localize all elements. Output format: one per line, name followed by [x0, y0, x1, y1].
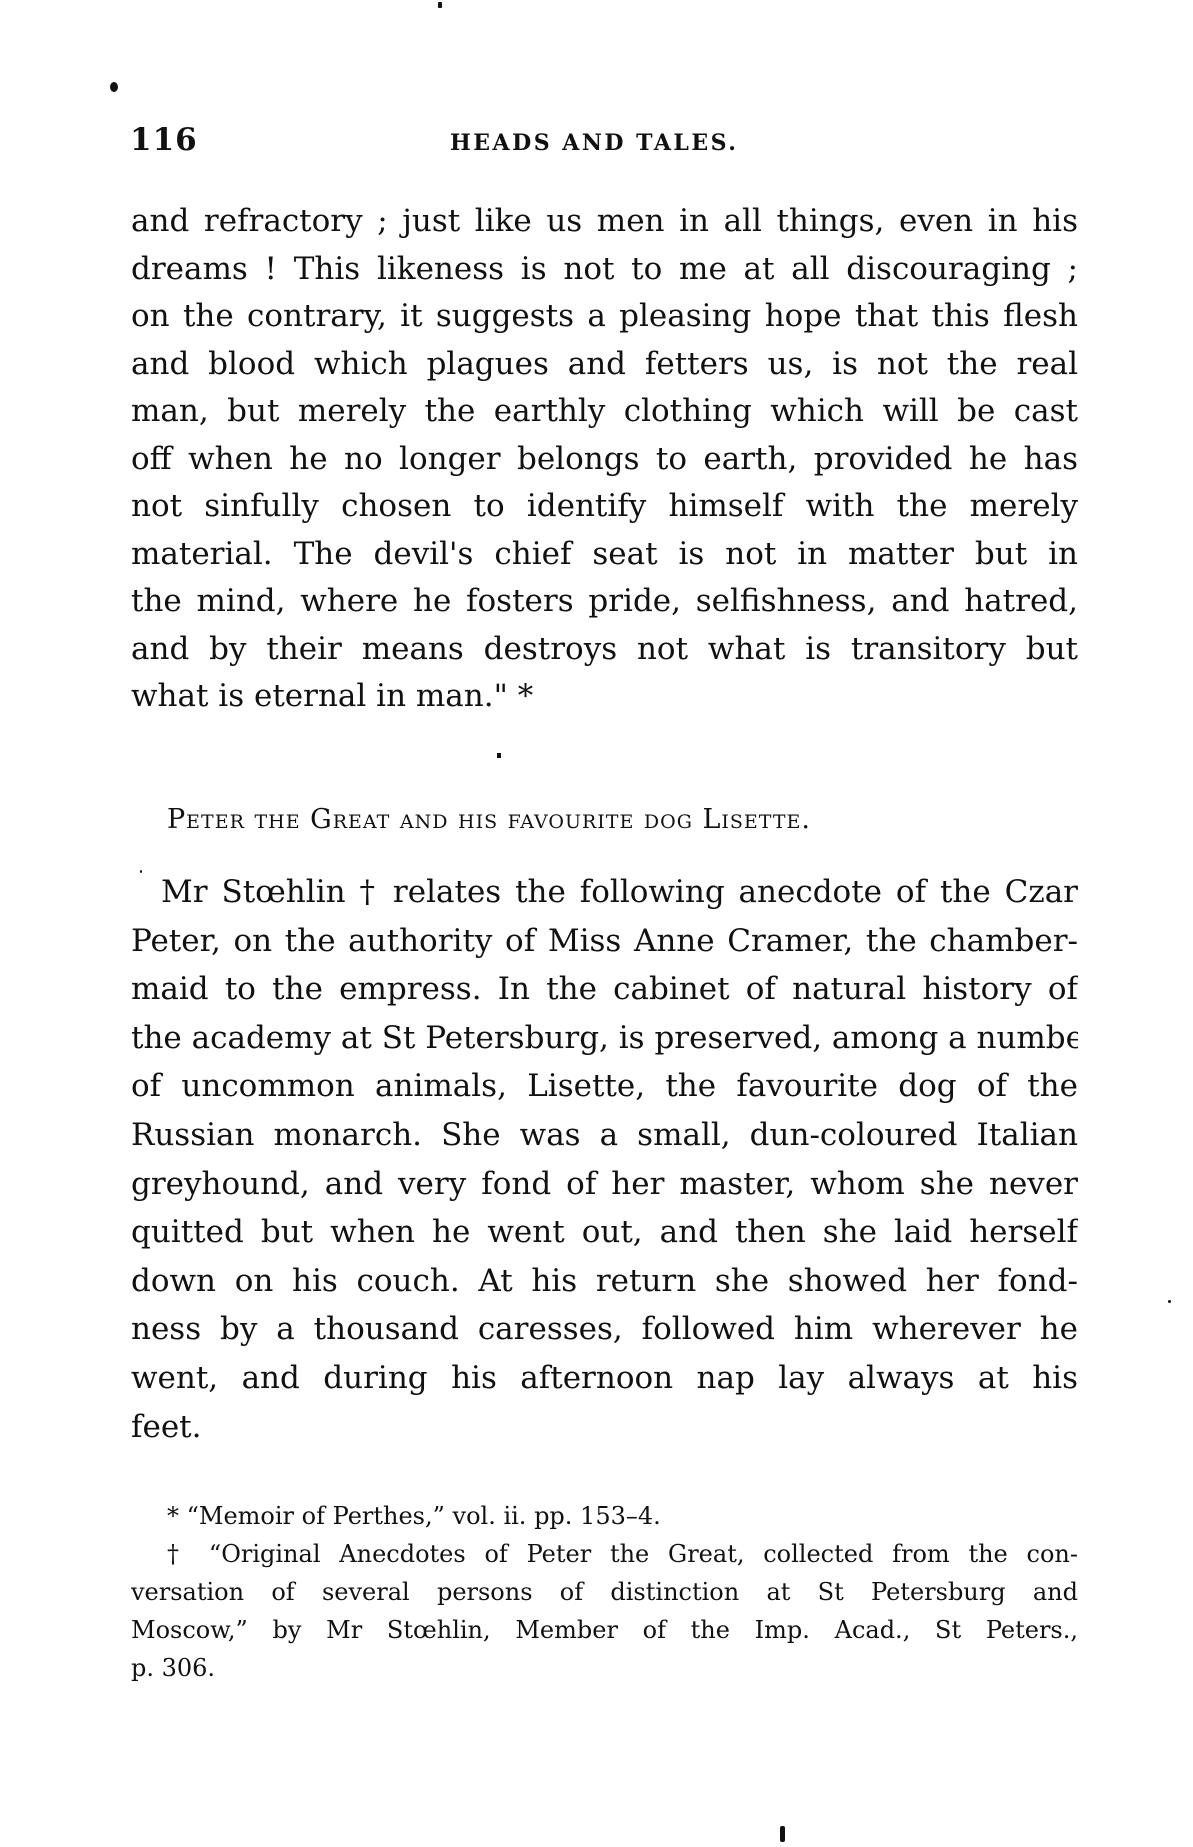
footnotes: * “Memoir of Perthes,” vol. ii. pp. 153–…: [131, 1497, 1078, 1687]
text-line: greyhound, and very fond of her master, …: [131, 1160, 1078, 1209]
text-line: Russian monarch. She was a small, dun-co…: [131, 1111, 1078, 1160]
paragraph-anecdote: Mr Stœhlin † relates the following anecd…: [131, 868, 1078, 1451]
footnote-dagger: † “Original Anecdotes of Peter the Great…: [131, 1535, 1078, 1573]
paragraph-continued: and refractory ; just like us men in all…: [131, 198, 1078, 721]
footnote-dagger-cont: versation of several persons of distinct…: [131, 1573, 1078, 1611]
text-line: material. The devil's chief seat is not …: [131, 531, 1078, 579]
section-separator-dot: [497, 753, 501, 758]
text-line: off when he no longer belongs to earth, …: [131, 436, 1078, 484]
text-line: went, and during his afternoon nap lay a…: [131, 1354, 1078, 1403]
text-line: ness by a thousand caresses, followed hi…: [131, 1305, 1078, 1354]
section-heading: Peter the Great and his favourite dog Li…: [167, 800, 1037, 840]
text-line: on the contrary, it suggests a pleasing …: [131, 293, 1078, 341]
scan-speck-left: [110, 82, 118, 92]
text-line: what is eternal in man." *: [131, 673, 1078, 721]
text-line: of uncommon animals, Lisette, the favour…: [131, 1062, 1078, 1111]
scan-speck-right: [1168, 1300, 1171, 1303]
text-line: feet.: [131, 1403, 1078, 1452]
text-line: and refractory ; just like us men in all…: [131, 198, 1078, 246]
text-line: quitted but when he went out, and then s…: [131, 1208, 1078, 1257]
footnote-asterisk: * “Memoir of Perthes,” vol. ii. pp. 153–…: [131, 1497, 1078, 1535]
footnote-dagger-cont: Moscow,” by Mr Stœhlin, Member of the Im…: [131, 1611, 1078, 1649]
text-line: Mr Stœhlin † relates the following anecd…: [131, 868, 1078, 917]
text-line: man, but merely the earthly clothing whi…: [131, 388, 1078, 436]
running-title: HEADS AND TALES.: [450, 123, 738, 163]
footnote-dagger-cont: p. 306.: [131, 1649, 1078, 1687]
text-line: the mind, where he fosters pride, selfis…: [131, 578, 1078, 626]
running-head: 116 HEADS AND TALES.: [130, 118, 1078, 162]
scan-speck-top: [438, 2, 442, 8]
scan-speck-bottom: [780, 1826, 785, 1842]
text-line: and by their means destroys not what is …: [131, 626, 1078, 674]
text-line: maid to the empress. In the cabinet of n…: [131, 965, 1078, 1014]
text-line: and blood which plagues and fetters us, …: [131, 341, 1078, 389]
text-line: the academy at St Petersburg, is preserv…: [131, 1014, 1078, 1063]
book-page: 116 HEADS AND TALES. and refractory ; ju…: [0, 0, 1193, 1847]
text-line: dreams ! This likeness is not to me at a…: [131, 246, 1078, 294]
text-line: down on his couch. At his return she sho…: [131, 1257, 1078, 1306]
text-line: Peter, on the authority of Miss Anne Cra…: [131, 917, 1078, 966]
page-number: 116: [130, 118, 198, 162]
text-line: not sinfully chosen to identify himself …: [131, 483, 1078, 531]
